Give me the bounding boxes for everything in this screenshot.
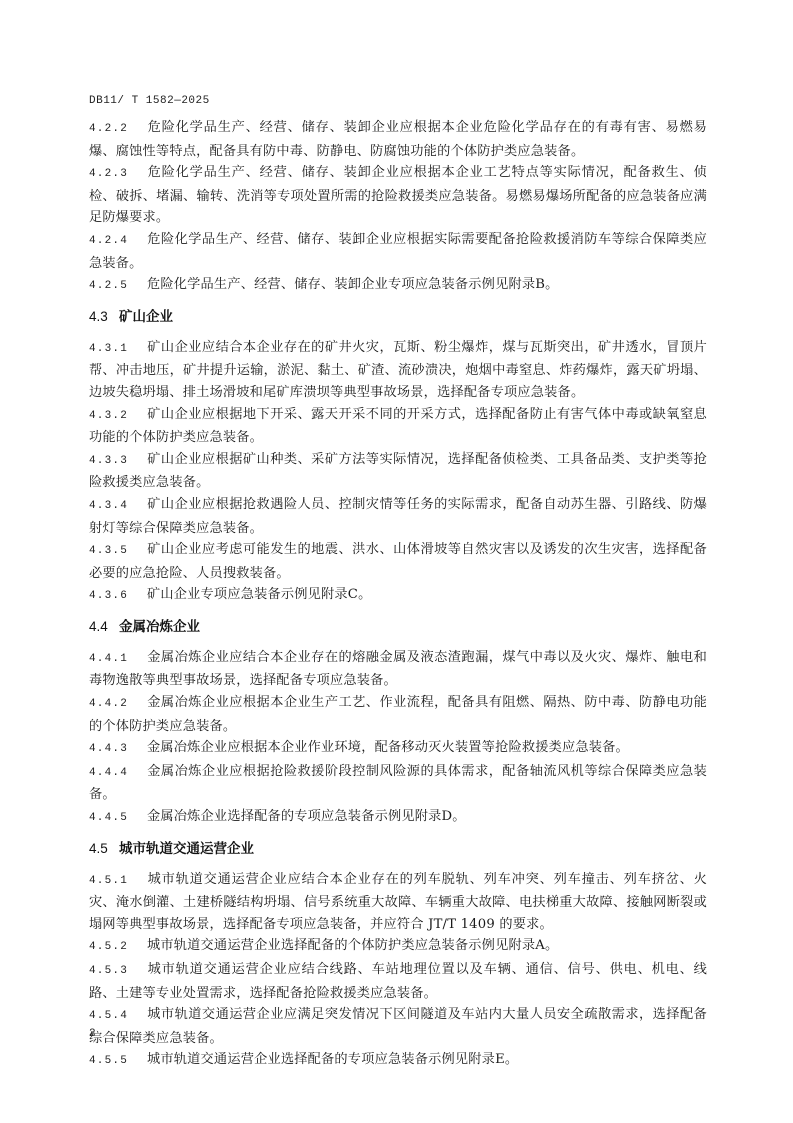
clause-text: 城市轨道交通运营企业应结合本企业存在的列车脱轨、列车冲突、列车撞击、列车挤岔、火… (89, 872, 707, 932)
page-number: 2 (89, 1028, 96, 1040)
clause-4-5-2: 4.5.2城市轨道交通运营企业选择配备的个体防护类应急装备示例见附录A。 (89, 935, 707, 959)
clause-4-2-2: 4.2.2危险化学品生产、经营、储存、装卸企业应根据本企业危险化学品存在的有毒有… (89, 117, 707, 162)
clause-text: 金属冶炼企业应根据抢险救援阶段控制风险源的具体需求，配备轴流风机等综合保障类应急… (89, 764, 707, 803)
clause-number: 4.5.4 (89, 1006, 147, 1028)
document-page: DB11/ T 1582—2025 4.2.2危险化学品生产、经营、储存、装卸企… (0, 0, 793, 1123)
clause-4-3-1: 4.3.1矿山企业应结合本企业存在的矿井火灾，瓦斯、粉尘爆炸，煤与瓦斯突出，矿井… (89, 337, 707, 404)
clause-4-2-4: 4.2.4危险化学品生产、经营、储存、装卸企业应根据实际需要配备抢险救援消防车等… (89, 229, 707, 274)
clause-number: 4.3.4 (89, 496, 147, 518)
clause-number: 4.5.2 (89, 937, 147, 959)
clause-4-2-3: 4.2.3危险化学品生产、经营、储存、装卸企业应根据本企业工艺特点等实际情况，配… (89, 162, 707, 229)
section-number: 4.4 (89, 617, 119, 637)
clause-text: 城市轨道交通运营企业选择配备的专项应急装备示例见附录E。 (147, 1052, 518, 1067)
clause-number: 4.3.2 (89, 406, 147, 428)
clause-number: 4.3.1 (89, 339, 147, 361)
clause-text: 矿山企业应根据地下开采、露天开采不同的开采方式，选择配备防止有害气体中毒或缺氧窒… (89, 407, 707, 446)
clause-number: 4.4.5 (89, 808, 147, 830)
clause-number: 4.4.2 (89, 694, 147, 716)
clause-number: 4.2.5 (89, 276, 147, 298)
section-number: 4.5 (89, 839, 119, 859)
section-heading-4-5: 4.5城市轨道交通运营企业 (89, 839, 707, 859)
clause-4-3-5: 4.3.5矿山企业应考虑可能发生的地震、洪水、山体滑坡等自然灾害以及诱发的次生灾… (89, 539, 707, 584)
section-number: 4.3 (89, 307, 119, 327)
section-title: 金属冶炼企业 (119, 619, 200, 635)
clause-text: 金属冶炼企业应根据本企业生产工艺、作业流程，配备具有阻燃、隔热、防中毒、防静电功… (89, 695, 707, 734)
clause-text: 金属冶炼企业应结合本企业存在的熔融金属及液态渣跑漏，煤气中毒以及火灾、爆炸、触电… (89, 650, 707, 689)
clause-4-3-2: 4.3.2矿山企业应根据地下开采、露天开采不同的开采方式，选择配备防止有害气体中… (89, 404, 707, 449)
document-body: 4.2.2危险化学品生产、经营、储存、装卸企业应根据本企业危险化学品存在的有毒有… (89, 117, 707, 1073)
clause-4-4-4: 4.4.4金属冶炼企业应根据抢险救援阶段控制风险源的具体需求，配备轴流风机等综合… (89, 761, 707, 806)
clause-text: 矿山企业应结合本企业存在的矿井火灾，瓦斯、粉尘爆炸，煤与瓦斯突出，矿井透水，冒顶… (89, 340, 707, 400)
clause-4-5-5: 4.5.5城市轨道交通运营企业选择配备的专项应急装备示例见附录E。 (89, 1049, 707, 1073)
clause-4-5-4: 4.5.4城市轨道交通运营企业应满足突发情况下区间隧道及车站内大量人员安全疏散需… (89, 1004, 707, 1049)
section-heading-4-3: 4.3矿山企业 (89, 307, 707, 327)
clause-text: 危险化学品生产、经营、储存、装卸企业应根据实际需要配备抢险救援消防车等综合保障类… (89, 232, 707, 271)
clause-number: 4.2.4 (89, 231, 147, 253)
clause-4-5-3: 4.5.3城市轨道交通运营企业应结合线路、车站地理位置以及车辆、通信、信号、供电… (89, 959, 707, 1004)
clause-number: 4.4.1 (89, 649, 147, 671)
document-code-header: DB11/ T 1582—2025 (89, 95, 210, 107)
section-title: 城市轨道交通运营企业 (119, 841, 254, 857)
clause-number: 4.3.6 (89, 586, 147, 608)
clause-4-4-5: 4.4.5金属冶炼企业选择配备的专项应急装备示例见附录D。 (89, 806, 707, 830)
clause-number: 4.3.3 (89, 451, 147, 473)
clause-number: 4.2.3 (89, 164, 147, 186)
clause-text: 矿山企业专项应急装备示例见附录C。 (147, 587, 372, 602)
clause-4-4-1: 4.4.1金属冶炼企业应结合本企业存在的熔融金属及液态渣跑漏，煤气中毒以及火灾、… (89, 647, 707, 692)
clause-text: 矿山企业应根据矿山种类、采矿方法等实际情况，选择配备侦检类、工具备品类、支护类等… (89, 452, 707, 491)
clause-number: 4.5.3 (89, 961, 147, 983)
clause-text: 矿山企业应考虑可能发生的地震、洪水、山体滑坡等自然灾害以及诱发的次生灾害，选择配… (89, 542, 707, 581)
clause-text: 城市轨道交通运营企业应满足突发情况下区间隧道及车站内大量人员安全疏散需求，选择配… (89, 1007, 707, 1046)
clause-text: 金属冶炼企业选择配备的专项应急装备示例见附录D。 (147, 809, 466, 824)
clause-text: 危险化学品生产、经营、储存、装卸企业应根据本企业危险化学品存在的有毒有害、易燃易… (89, 120, 707, 159)
clause-number: 4.4.4 (89, 763, 147, 785)
clause-4-4-3: 4.4.3金属冶炼企业应根据本企业作业环境，配备移动灭火装置等抢险救援类应急装备… (89, 737, 707, 761)
clause-4-3-3: 4.3.3矿山企业应根据矿山种类、采矿方法等实际情况，选择配备侦检类、工具备品类… (89, 449, 707, 494)
clause-4-5-1: 4.5.1城市轨道交通运营企业应结合本企业存在的列车脱轨、列车冲突、列车撞击、列… (89, 869, 707, 936)
clause-4-3-6: 4.3.6矿山企业专项应急装备示例见附录C。 (89, 584, 707, 608)
clause-text: 矿山企业应根据抢救遇险人员、控制灾情等任务的实际需求，配备自动苏生器、引路线、防… (89, 497, 707, 536)
clause-text: 城市轨道交通运营企业选择配备的个体防护类应急装备示例见附录A。 (147, 938, 558, 953)
clause-text: 金属冶炼企业应根据本企业作业环境，配备移动灭火装置等抢险救援类应急装备。 (147, 740, 629, 755)
clause-text: 危险化学品生产、经营、储存、装卸企业专项应急装备示例见附录B。 (147, 277, 559, 292)
clause-text: 危险化学品生产、经营、储存、装卸企业应根据本企业工艺特点等实际情况，配备救生、侦… (89, 165, 707, 225)
clause-number: 4.4.3 (89, 739, 147, 761)
clause-number: 4.2.2 (89, 119, 147, 141)
clause-4-2-5: 4.2.5危险化学品生产、经营、储存、装卸企业专项应急装备示例见附录B。 (89, 274, 707, 298)
clause-number: 4.5.1 (89, 871, 147, 893)
section-heading-4-4: 4.4金属冶炼企业 (89, 617, 707, 637)
clause-4-3-4: 4.3.4矿山企业应根据抢救遇险人员、控制灾情等任务的实际需求，配备自动苏生器、… (89, 494, 707, 539)
clause-number: 4.3.5 (89, 541, 147, 563)
clause-number: 4.5.5 (89, 1051, 147, 1073)
section-title: 矿山企业 (119, 309, 173, 325)
clause-text: 城市轨道交通运营企业应结合线路、车站地理位置以及车辆、通信、信号、供电、机电、线… (89, 962, 707, 1001)
clause-4-4-2: 4.4.2金属冶炼企业应根据本企业生产工艺、作业流程，配备具有阻燃、隔热、防中毒… (89, 692, 707, 737)
